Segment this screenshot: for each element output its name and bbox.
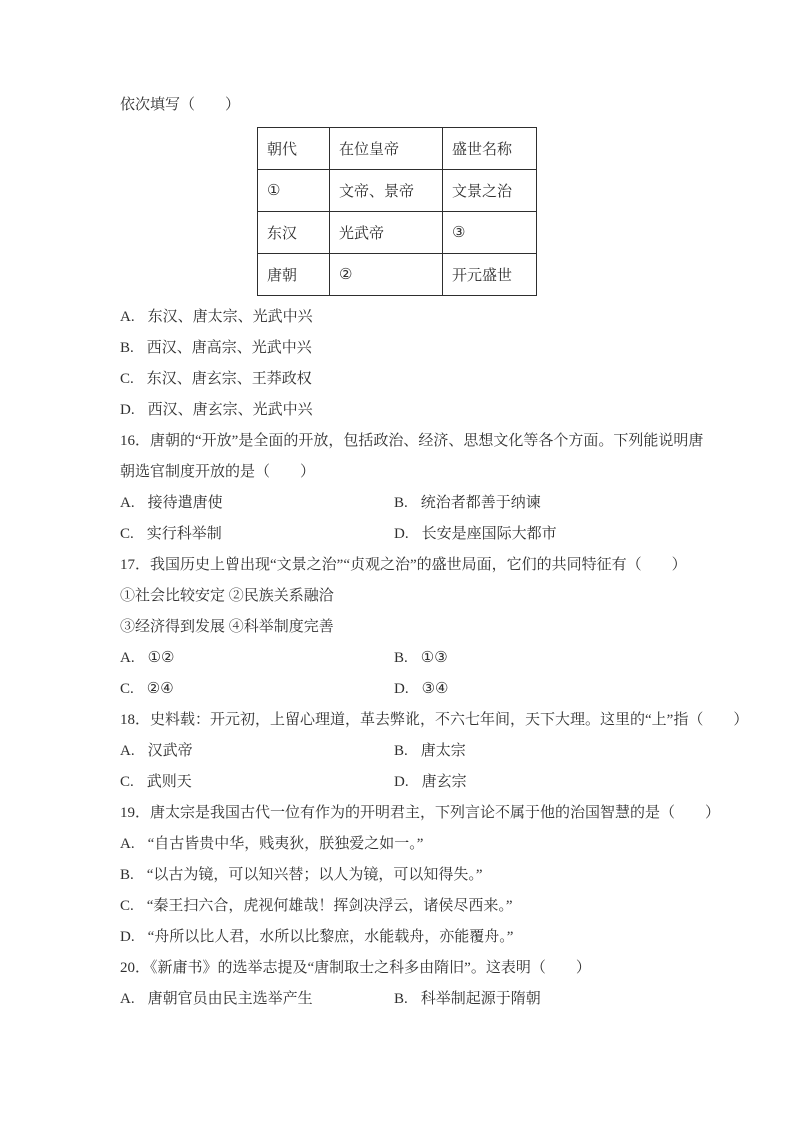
q15-option-b: B.西汉、唐高宗、光武中兴 — [120, 333, 793, 364]
option-text: 东汉、唐玄宗、王莽政权 — [147, 371, 312, 387]
q20-stem: 20．《新庸书》的选举志提及“唐制取士之科多由隋旧”。这表明（ ） — [120, 953, 793, 984]
q17-option-b: B.①③ — [394, 643, 448, 674]
q17-option-d: D.③④ — [394, 674, 449, 705]
option-letter: B. — [394, 643, 408, 674]
table-header-era-name: 盛世名称 — [443, 128, 537, 170]
q20-option-b: B.科举制起源于隋朝 — [394, 984, 541, 1015]
q17-items-line1: ①社会比较安定 ②民族关系融洽 — [120, 581, 793, 612]
q16-stem-line1: 16．唐朝的“开放”是全面的开放，包括政治、经济、思想文化等各个方面。下列能说明… — [120, 426, 793, 457]
table-cell: 文景之治 — [443, 170, 537, 212]
option-text: 科举制起源于隋朝 — [421, 991, 541, 1007]
table-row: ① 文帝、景帝 文景之治 — [258, 170, 537, 212]
option-letter: A. — [120, 643, 135, 674]
q16-options-row-cd: C.实行科举制 D.长安是座国际大都市 — [120, 519, 793, 550]
option-text: ①③ — [421, 650, 448, 666]
option-letter: A. — [120, 302, 135, 333]
option-letter: D. — [120, 922, 135, 953]
q15-option-d: D.西汉、唐玄宗、光武中兴 — [120, 395, 793, 426]
option-letter: B. — [394, 984, 408, 1015]
q15-option-c: C.东汉、唐玄宗、王莽政权 — [120, 364, 793, 395]
option-text: ③④ — [422, 681, 449, 697]
option-letter: C. — [120, 674, 134, 705]
option-letter: B. — [120, 860, 134, 891]
option-letter: C. — [120, 519, 134, 550]
q18-option-c: C.武则天 — [120, 767, 394, 798]
option-text: 统治者都善于纳谏 — [421, 495, 541, 511]
option-text: ②④ — [147, 681, 174, 697]
option-letter: B. — [394, 488, 408, 519]
q20-option-a: A.唐朝官员由民主选举产生 — [120, 984, 394, 1015]
table-header-emperor: 在位皇帝 — [330, 128, 443, 170]
q18-stem: 18．史料载：开元初，上留心理道，革去弊讹，不六七年间，天下大理。这里的“上”指… — [120, 705, 793, 736]
q19-option-a: A.“自古皆贵中华，贱夷狄，朕独爱之如一。” — [120, 829, 793, 860]
q17-items-line2: ③经济得到发展 ④科举制度完善 — [120, 612, 793, 643]
table-header-row: 朝代 在位皇帝 盛世名称 — [258, 128, 537, 170]
q18-option-b: B.唐太宗 — [394, 736, 466, 767]
option-text: “舟所以比人君，水所以比黎庶，水能载舟，亦能覆舟。” — [148, 929, 514, 945]
table-cell: ② — [330, 254, 443, 296]
q16-option-d: D.长安是座国际大都市 — [394, 519, 557, 550]
option-letter: D. — [394, 674, 409, 705]
option-letter: A. — [120, 736, 135, 767]
table-cell: 唐朝 — [258, 254, 330, 296]
q18-option-a: A.汉武帝 — [120, 736, 394, 767]
q16-stem-line2: 朝选官制度开放的是（ ） — [120, 457, 793, 488]
option-text: “自古皆贵中华，贱夷狄，朕独爱之如一。” — [148, 836, 424, 852]
q15-table: 朝代 在位皇帝 盛世名称 ① 文帝、景帝 文景之治 东汉 光武帝 ③ 唐朝 ② … — [257, 127, 537, 296]
q18-options-row-ab: A.汉武帝 B.唐太宗 — [120, 736, 793, 767]
option-letter: B. — [120, 333, 134, 364]
option-text: 西汉、唐高宗、光武中兴 — [147, 340, 312, 356]
option-text: 东汉、唐太宗、光武中兴 — [148, 309, 313, 325]
option-letter: D. — [394, 519, 409, 550]
option-text: 唐玄宗 — [422, 774, 467, 790]
table-cell: ③ — [443, 212, 537, 254]
table-cell: 文帝、景帝 — [330, 170, 443, 212]
option-text: 汉武帝 — [148, 743, 193, 759]
q16-options-row-ab: A.接待遣唐使 B.统治者都善于纳谏 — [120, 488, 793, 519]
q18-option-d: D.唐玄宗 — [394, 767, 467, 798]
q16-option-c: C.实行科举制 — [120, 519, 394, 550]
q17-options-row-cd: C.②④ D.③④ — [120, 674, 793, 705]
q19-option-c: C.“秦王扫六合，虎视何雄哉！挥剑决浮云，诸侯尽西来。” — [120, 891, 793, 922]
table-row: 东汉 光武帝 ③ — [258, 212, 537, 254]
option-text: 实行科举制 — [147, 526, 222, 542]
q15-option-a: A.东汉、唐太宗、光武中兴 — [120, 302, 793, 333]
table-header-dynasty: 朝代 — [258, 128, 330, 170]
option-letter: A. — [120, 829, 135, 860]
table-cell: 开元盛世 — [443, 254, 537, 296]
option-text: “以古为镜，可以知兴替；以人为镜，可以知得失。” — [147, 867, 483, 883]
table-cell: 东汉 — [258, 212, 330, 254]
option-text: 接待遣唐使 — [148, 495, 223, 511]
q16-option-a: A.接待遣唐使 — [120, 488, 394, 519]
option-letter: A. — [120, 488, 135, 519]
q15-stem: 依次填写（ ） — [120, 90, 793, 121]
option-letter: A. — [120, 984, 135, 1015]
option-letter: C. — [120, 364, 134, 395]
option-text: 武则天 — [147, 774, 192, 790]
q17-option-a: A.①② — [120, 643, 394, 674]
table-row: 唐朝 ② 开元盛世 — [258, 254, 537, 296]
exam-document-page: 依次填写（ ） 朝代 在位皇帝 盛世名称 ① 文帝、景帝 文景之治 东汉 光武帝… — [0, 0, 793, 1122]
q18-options-row-cd: C.武则天 D.唐玄宗 — [120, 767, 793, 798]
option-text: “秦王扫六合，虎视何雄哉！挥剑决浮云，诸侯尽西来。” — [147, 898, 513, 914]
option-letter: C. — [120, 767, 134, 798]
table-cell: 光武帝 — [330, 212, 443, 254]
q16-option-b: B.统治者都善于纳谏 — [394, 488, 541, 519]
option-letter: D. — [120, 395, 135, 426]
q20-options-row-ab: A.唐朝官员由民主选举产生 B.科举制起源于隋朝 — [120, 984, 793, 1015]
option-text: 长安是座国际大都市 — [422, 526, 557, 542]
option-text: 唐朝官员由民主选举产生 — [148, 991, 313, 1007]
q19-option-d: D.“舟所以比人君，水所以比黎庶，水能载舟，亦能覆舟。” — [120, 922, 793, 953]
option-letter: B. — [394, 736, 408, 767]
option-text: ①② — [148, 650, 175, 666]
q17-options-row-ab: A.①② B.①③ — [120, 643, 793, 674]
option-text: 唐太宗 — [421, 743, 466, 759]
option-letter: C. — [120, 891, 134, 922]
q19-option-b: B.“以古为镜，可以知兴替；以人为镜，可以知得失。” — [120, 860, 793, 891]
q17-option-c: C.②④ — [120, 674, 394, 705]
option-letter: D. — [394, 767, 409, 798]
q17-stem: 17．我国历史上曾出现“文景之治”“贞观之治”的盛世局面，它们的共同特征有（ ） — [120, 550, 793, 581]
q19-stem: 19．唐太宗是我国古代一位有作为的开明君主，下列言论不属于他的治国智慧的是（ ） — [120, 798, 793, 829]
option-text: 西汉、唐玄宗、光武中兴 — [148, 402, 313, 418]
table-cell: ① — [258, 170, 330, 212]
